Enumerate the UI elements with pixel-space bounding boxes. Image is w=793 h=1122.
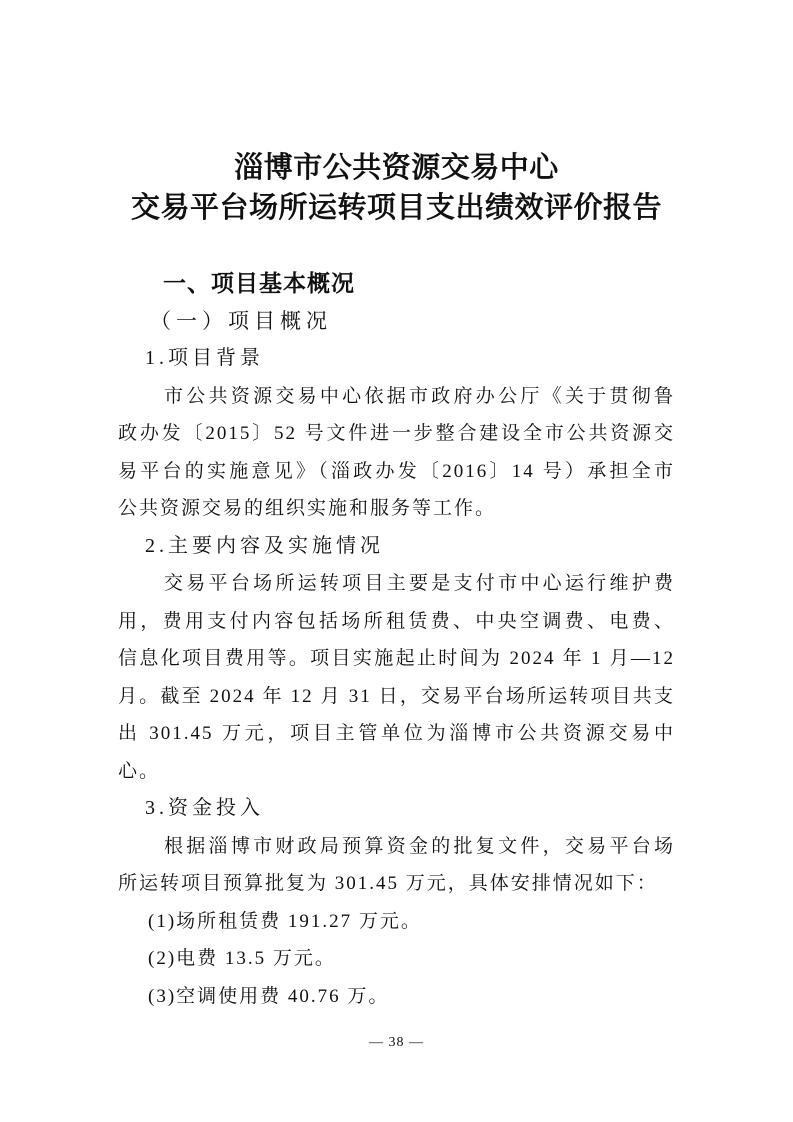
text-line: 月。截至 2024 年 12 月 31 日，交易平台场所运转项目共支 [118, 678, 675, 716]
text-line: 根据淄博市财政局预算资金的批复文件，交易平台场 [118, 828, 675, 866]
page-number: — 38 — [369, 1035, 424, 1050]
text-line: 易平台的实施意见》（淄政办发〔2016〕14 号）承担全市 [118, 453, 675, 491]
text-line: 市公共资源交易中心依据市政府办公厅《关于贯彻鲁 [118, 378, 675, 416]
page-footer: — 38 — [0, 1033, 793, 1053]
section-heading-basic-overview: 一、项目基本概况 [118, 265, 675, 303]
text-line: 所运转项目预算批复为 301.45 万元，具体安排情况如下： [118, 865, 675, 903]
text-line: 交易平台场所运转项目主要是支付市中心运行维护费 [118, 565, 675, 603]
document-content: 淄博市公共资源交易中心 交易平台场所运转项目支出绩效评价报告 一、项目基本概况 … [0, 148, 793, 1015]
fund-item-list: (1)场所租赁费 191.27 万元。(2)电费 13.5 万元。(3)空调使用… [118, 903, 675, 1016]
text-line: (1)场所租赁费 191.27 万元。 [148, 903, 675, 941]
document-title-line-1: 淄博市公共资源交易中心 [118, 148, 675, 188]
paragraph-project-background: 市公共资源交易中心依据市政府办公厅《关于贯彻鲁政办发〔2015〕52 号文件进一… [118, 378, 675, 528]
text-line: (2)电费 13.5 万元。 [148, 940, 675, 978]
text-line: 信息化项目费用等。项目实施起止时间为 2024 年 1 月—12 [118, 640, 675, 678]
paragraph-main-content-implementation: 交易平台场所运转项目主要是支付市中心运行维护费用，费用支付内容包括场所租赁费、中… [118, 565, 675, 790]
part-heading-fund-input: 3.资金投入 [118, 790, 675, 828]
text-line: (3)空调使用费 40.76 万。 [148, 978, 675, 1016]
part-heading-main-content-implementation: 2.主要内容及实施情况 [118, 528, 675, 566]
text-line: 公共资源交易的组织实施和服务等工作。 [118, 490, 675, 528]
text-line: 用，费用支付内容包括场所租赁费、中央空调费、电费、 [118, 603, 675, 641]
subsection-heading-project-overview: （一）项目概况 [118, 303, 675, 341]
document-title: 淄博市公共资源交易中心 交易平台场所运转项目支出绩效评价报告 [118, 148, 675, 228]
document-page: 淄博市公共资源交易中心 交易平台场所运转项目支出绩效评价报告 一、项目基本概况 … [0, 0, 793, 1122]
paragraph-fund-input: 根据淄博市财政局预算资金的批复文件，交易平台场所运转项目预算批复为 301.45… [118, 828, 675, 903]
text-line: 心。 [118, 753, 675, 791]
text-line: 出 301.45 万元，项目主管单位为淄博市公共资源交易中 [118, 715, 675, 753]
text-line: 政办发〔2015〕52 号文件进一步整合建设全市公共资源交 [118, 415, 675, 453]
document-title-line-2: 交易平台场所运转项目支出绩效评价报告 [118, 188, 675, 228]
part-heading-project-background: 1.项目背景 [118, 340, 675, 378]
